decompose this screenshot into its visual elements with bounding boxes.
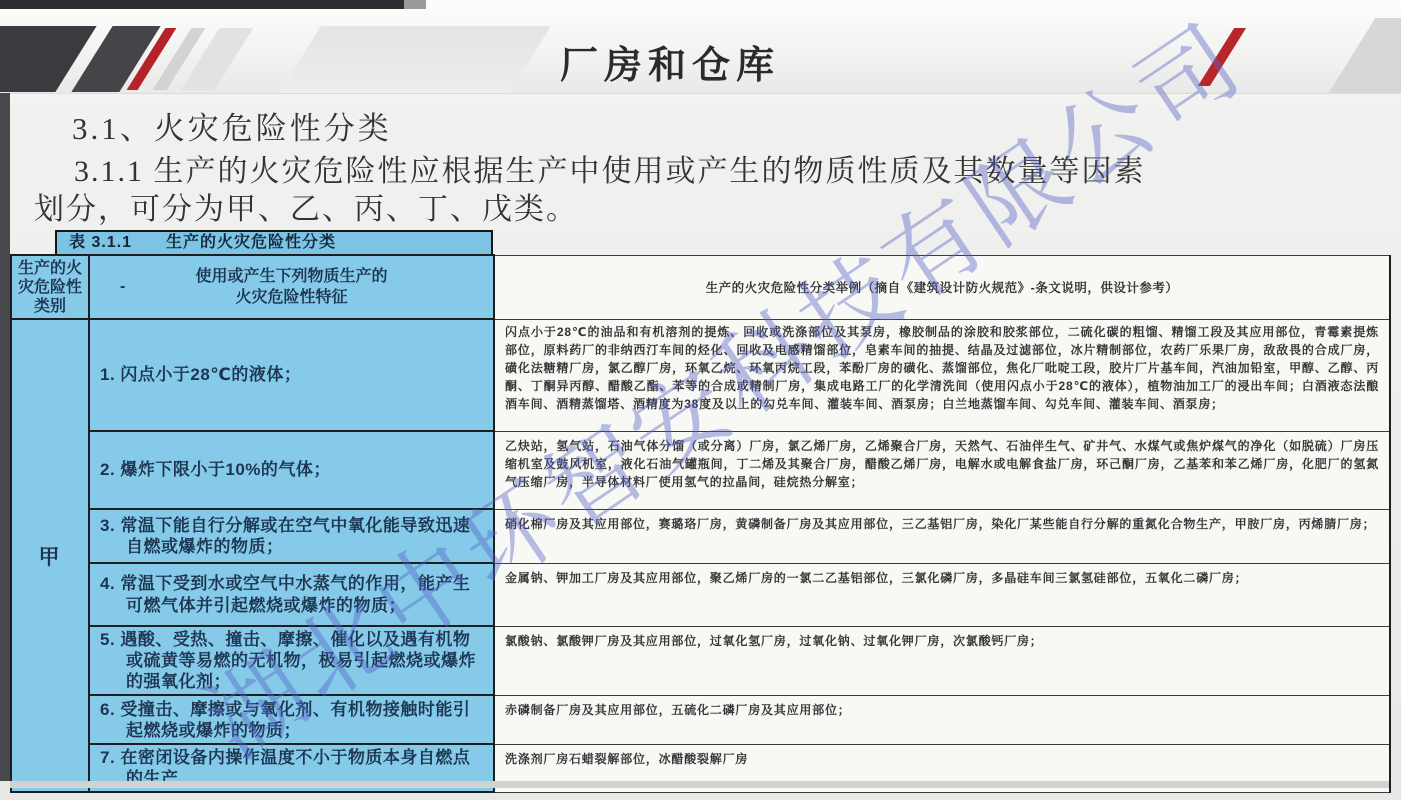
slide: 厂房和仓库 3.1、火灾危险性分类 3.1.1 生产的火灾危险性应根据生产中使用…	[0, 0, 1401, 800]
header-band: 厂房和仓库	[0, 0, 1401, 94]
fire-hazard-classification-table: 生产的火灾危险性类别 -使用或产生下列物质生产的 火灾危险性特征 生产的火灾危险…	[10, 254, 1391, 793]
table-row: 5. 遇酸、受热、撞击、摩擦、催化以及遇有机物或硫黄等易燃的无机物，极易引起燃烧…	[11, 626, 1390, 695]
column-header-examples: 生产的火灾危险性分类举例（摘自《建筑设计防火规范》-条文说明，供设计参考）	[494, 255, 1390, 319]
section-heading: 3.1、火灾危险性分类	[72, 103, 392, 148]
column-header-features-text: 使用或产生下列物质生产的 火灾危险性特征	[195, 268, 387, 306]
table-row: 3. 常温下能自行分解或在空气中氧化能导致迅速自燃或爆炸的物质； 硝化棉厂房及其…	[11, 509, 1390, 563]
column-header-category: 生产的火灾危险性类别	[11, 255, 89, 319]
examples-cell: 赤磷制备厂房及其应用部位，五硫化二磷厂房及其应用部位；	[494, 695, 1390, 744]
table-caption: 表 3.1.1 生产的火灾危险性分类	[55, 230, 493, 254]
feature-cell: 3. 常温下能自行分解或在空气中氧化能导致迅速自燃或爆炸的物质；	[89, 509, 494, 563]
slide-title: 厂房和仓库	[0, 34, 1340, 89]
feature-cell: 5. 遇酸、受热、撞击、摩擦、催化以及遇有机物或硫黄等易燃的无机物，极易引起燃烧…	[89, 626, 494, 695]
examples-cell: 金属钠、钾加工厂房及其应用部位，聚乙烯厂房的一氯二乙基铝部位，三氯化磷厂房，多晶…	[494, 563, 1390, 626]
intro-line-1: 3.1.1 生产的火灾危险性应根据生产中使用或产生的物质性质及其数量等因素	[34, 153, 1364, 191]
examples-cell: 硝化棉厂房及其应用部位，赛璐珞厂房，黄磷制备厂房及其应用部位，三乙基铝厂房，染化…	[494, 509, 1390, 563]
examples-cell: 氯酸钠、氯酸钾厂房及其应用部位，过氧化氢厂房，过氧化钠、过氧化钾厂房，次氯酸钙厂…	[494, 626, 1390, 695]
table-row: 6. 受撞击、摩擦或与氧化剂、有机物接触时能引起燃烧或爆炸的物质； 赤磷制备厂房…	[11, 695, 1390, 744]
table-row: 2. 爆炸下限小于10%的气体； 乙炔站，氢气站，石油气体分馏（或分离）厂房，氯…	[11, 431, 1390, 509]
examples-cell: 闪点小于28℃的油品和有机溶剂的提炼、回收或洗涤部位及其泵房，橡胶制品的涂胶和胶…	[494, 319, 1390, 431]
table-row: 4. 常温下受到水或空气中水蒸气的作用，能产生可燃气体并引起燃烧或爆炸的物质； …	[11, 563, 1390, 626]
category-cell: 甲	[11, 319, 89, 792]
left-edge-bar	[0, 93, 10, 781]
column-header-features: -使用或产生下列物质生产的 火灾危险性特征	[89, 255, 494, 319]
table-row: 甲 1. 闪点小于28℃的液体； 闪点小于28℃的油品和有机溶剂的提炼、回收或洗…	[11, 319, 1390, 431]
intro-line-2: 划分，可分为甲、乙、丙、丁、戊类。	[34, 191, 1364, 229]
dash-mark: -	[120, 276, 125, 297]
feature-cell: 1. 闪点小于28℃的液体；	[89, 319, 494, 431]
top-accent-bar	[0, 0, 404, 9]
feature-cell: 4. 常温下受到水或空气中水蒸气的作用，能产生可燃气体并引起燃烧或爆炸的物质；	[89, 563, 494, 626]
table-shadow	[10, 781, 1389, 788]
intro-paragraph: 3.1.1 生产的火灾危险性应根据生产中使用或产生的物质性质及其数量等因素 划分…	[34, 153, 1364, 229]
table-header-row: 生产的火灾危险性类别 -使用或产生下列物质生产的 火灾危险性特征 生产的火灾危险…	[11, 255, 1390, 319]
feature-cell: 2. 爆炸下限小于10%的气体；	[89, 431, 494, 509]
feature-cell: 6. 受撞击、摩擦或与氧化剂、有机物接触时能引起燃烧或爆炸的物质；	[89, 695, 494, 744]
examples-cell: 乙炔站，氢气站，石油气体分馏（或分离）厂房，氯乙烯厂房，乙烯聚合厂房，天然气、石…	[494, 431, 1390, 509]
top-accent-bar-segment	[404, 0, 426, 9]
